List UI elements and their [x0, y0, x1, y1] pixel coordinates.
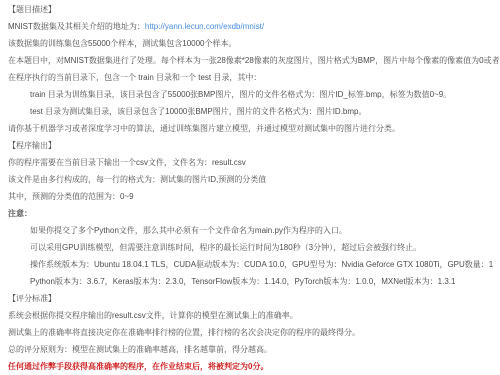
- list-item-test-dir: test 目录为测试集目录，该目录包含了10000张BMP图片，图片的文件名格式…: [30, 103, 500, 120]
- section-heading-grading-criteria: 【评分标准】: [8, 290, 500, 307]
- list-item-framework-versions: Python版本为：3.6.7，Keras版本为：2.3.0，TensorFlo…: [30, 273, 500, 290]
- paragraph-row-format: 该文件是由多行构成的，每一行的格式为：测试集的图片ID,预测的分类值: [8, 171, 500, 188]
- section-heading-program-output: 【程序输出】: [8, 137, 500, 154]
- paragraph-grading-principle: 总的评分原则为：模型在测试集上的准确率越高，排名越靠前，得分越高。: [8, 341, 500, 358]
- note-label: 注意：: [8, 205, 500, 222]
- cheating-warning-text: 任何通过作弊手段获得高准确率的程序，在作业结束后，将被判定为0分。: [8, 358, 500, 375]
- paragraph-accuracy-calculation: 系统会根据你提交程序输出的result.csv文件，计算你的模型在测试集上的准确…: [8, 307, 500, 324]
- mnist-intro-text: MNIST数据集及其相关介绍的地址为：: [8, 22, 145, 31]
- list-item-os-environment: 操作系统版本为：Ubuntu 18.04.1 TLS，CUDA驱动版本为：CUD…: [30, 256, 500, 273]
- paragraph-image-format: 在本题目中，对MNIST数据集进行了处理。每个样本为一张28像素*28像素的灰度…: [8, 52, 500, 69]
- list-item-train-dir: train 目录为训练集目录，该目录包含了55000张BMP图片，图片的文件名格…: [30, 86, 500, 103]
- notes-list: 如果你提交了多个Python文件，那么其中必须有一个文件命名为main.py作为…: [8, 222, 500, 290]
- directory-list: train 目录为训练集目录，该目录包含了55000张BMP图片，图片的文件名格…: [8, 86, 500, 120]
- paragraph-csv-output: 你的程序需要在当前目录下输出一个csv文件，文件名为：result.csv: [8, 154, 500, 171]
- paragraph-directories: 在程序执行的当前目录下，包含一个 train 目录和一个 test 目录，其中：: [8, 69, 500, 86]
- paragraph-value-range: 其中，预测的分类值的范围为：0~9: [8, 188, 500, 205]
- paragraph-mnist-intro: MNIST数据集及其相关介绍的地址为：http://yann.lecun.com…: [8, 18, 500, 35]
- paragraph-leaderboard-ranking: 测试集上的准确率将直接决定你在准确率排行榜的位置，排行榜的名次会决定你的程序的最…: [8, 324, 500, 341]
- list-item-gpu-time-limit: 可以采用GPU训练模型，但需要注意训练时间，程序的最长运行时间为180秒（3分钟…: [30, 239, 500, 256]
- mnist-dataset-link[interactable]: http://yann.lecun.com/exdb/mnist/: [145, 22, 264, 31]
- list-item-entry-file: 如果你提交了多个Python文件，那么其中必须有一个文件命名为main.py作为…: [30, 222, 500, 239]
- paragraph-task-statement: 请你基于机器学习或者深度学习中的算法，通过训练集图片建立模型，并通过模型对测试集…: [8, 120, 500, 137]
- paragraph-sample-counts: 该数据集的训练集包含55000个样本，测试集包含10000个样本。: [8, 35, 500, 52]
- section-heading-problem-description: 【题目描述】: [8, 1, 500, 18]
- assignment-document: 【题目描述】 MNIST数据集及其相关介绍的地址为：http://yann.le…: [0, 0, 500, 375]
